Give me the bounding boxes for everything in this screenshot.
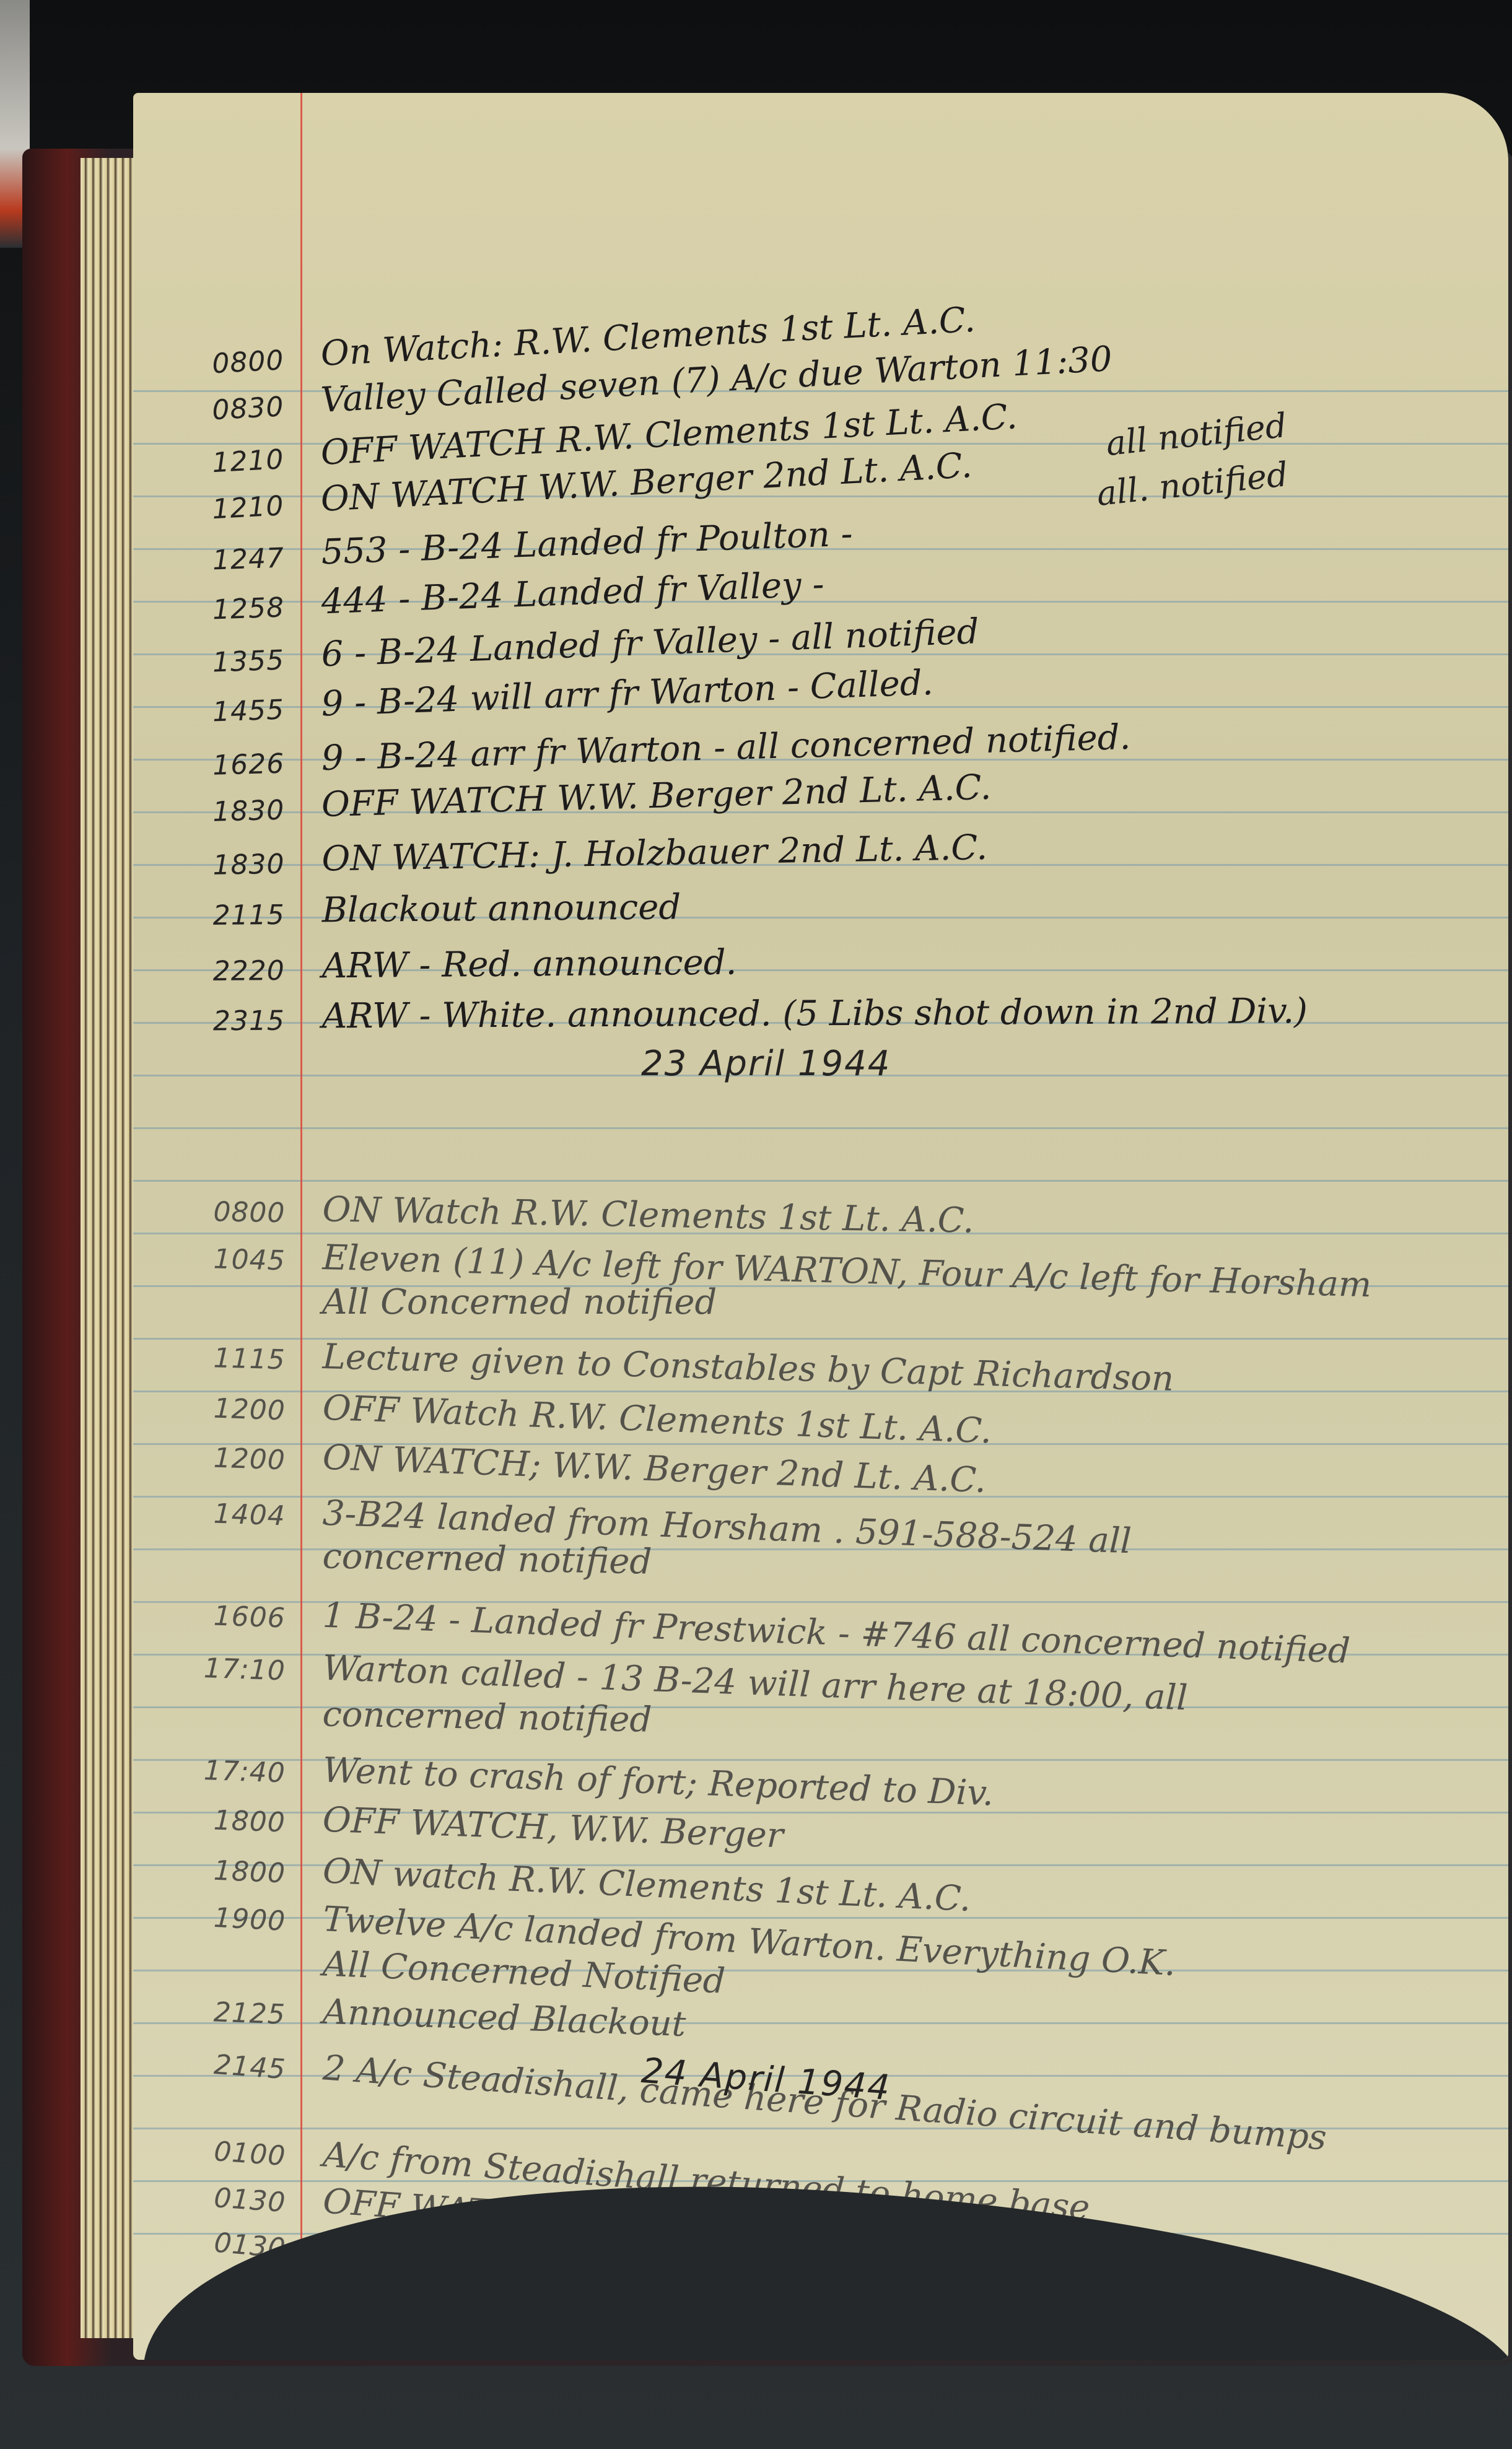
date-heading: 23 April 1944 bbox=[641, 1044, 891, 1084]
entry-time: 2315 bbox=[133, 1005, 297, 1037]
log-entry-continuation: All Concerned notified bbox=[133, 1267, 1508, 1322]
entry-time: 1200 bbox=[133, 1439, 299, 1477]
log-entry: 2315 ARW - White. announced. (5 Libs sho… bbox=[133, 974, 1508, 1037]
ruled-line bbox=[133, 1127, 1508, 1129]
entry-text: ON WATCH: J. Holzbauer 2nd Lt. A.C. bbox=[297, 2225, 988, 2326]
page-edges bbox=[81, 158, 136, 2338]
entry-time: 2115 bbox=[133, 899, 297, 932]
entry-text: concerned notified bbox=[297, 1536, 652, 1582]
entry-text: concerned notified bbox=[297, 1694, 652, 1740]
entry-text: All Concerned notified bbox=[297, 1282, 717, 1322]
log-page: 0800 On Watch: R.W. Clements 1st Lt. A.C… bbox=[133, 93, 1508, 2360]
entry-time: 2145 bbox=[133, 2043, 299, 2086]
entry-text: ARW - White. announced. (5 Libs shot dow… bbox=[297, 991, 1308, 1037]
entry-time: 0130 bbox=[133, 2220, 299, 2266]
entry-text: Blackout announced bbox=[297, 887, 681, 930]
